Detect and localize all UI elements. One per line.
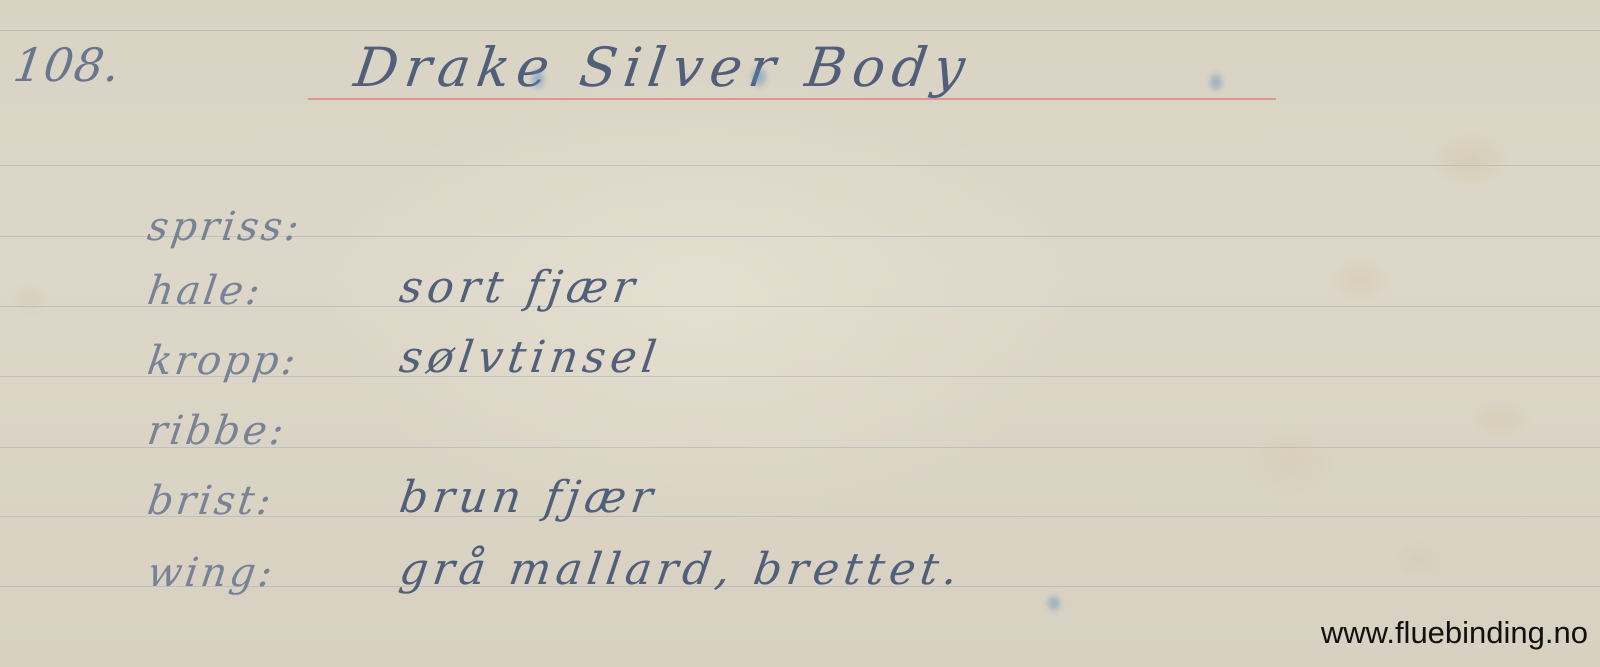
- ink-blot: [532, 70, 544, 88]
- field-label: wing:: [145, 550, 278, 596]
- entry-number: 108.: [10, 38, 124, 92]
- ink-blot: [1210, 74, 1222, 90]
- field-value: grå mallard, brettet.: [396, 544, 965, 595]
- ink-blot: [1048, 596, 1060, 610]
- field-value: brun fjær: [396, 472, 660, 523]
- watermark-link: www.fluebinding.no: [1321, 615, 1588, 651]
- field-value: sølvtinsel: [396, 332, 664, 383]
- field-label: hale:: [145, 268, 266, 314]
- ink-blot: [752, 68, 766, 86]
- ruled-line: [0, 165, 1600, 166]
- field-label: ribbe:: [145, 408, 290, 454]
- field-value: sort fjær: [396, 262, 642, 313]
- ruled-line: [0, 30, 1600, 31]
- field-label: kropp:: [145, 338, 302, 384]
- pattern-title: Drake Silver Body: [351, 36, 976, 99]
- field-label: brist:: [145, 478, 277, 524]
- field-label: spriss:: [145, 204, 305, 250]
